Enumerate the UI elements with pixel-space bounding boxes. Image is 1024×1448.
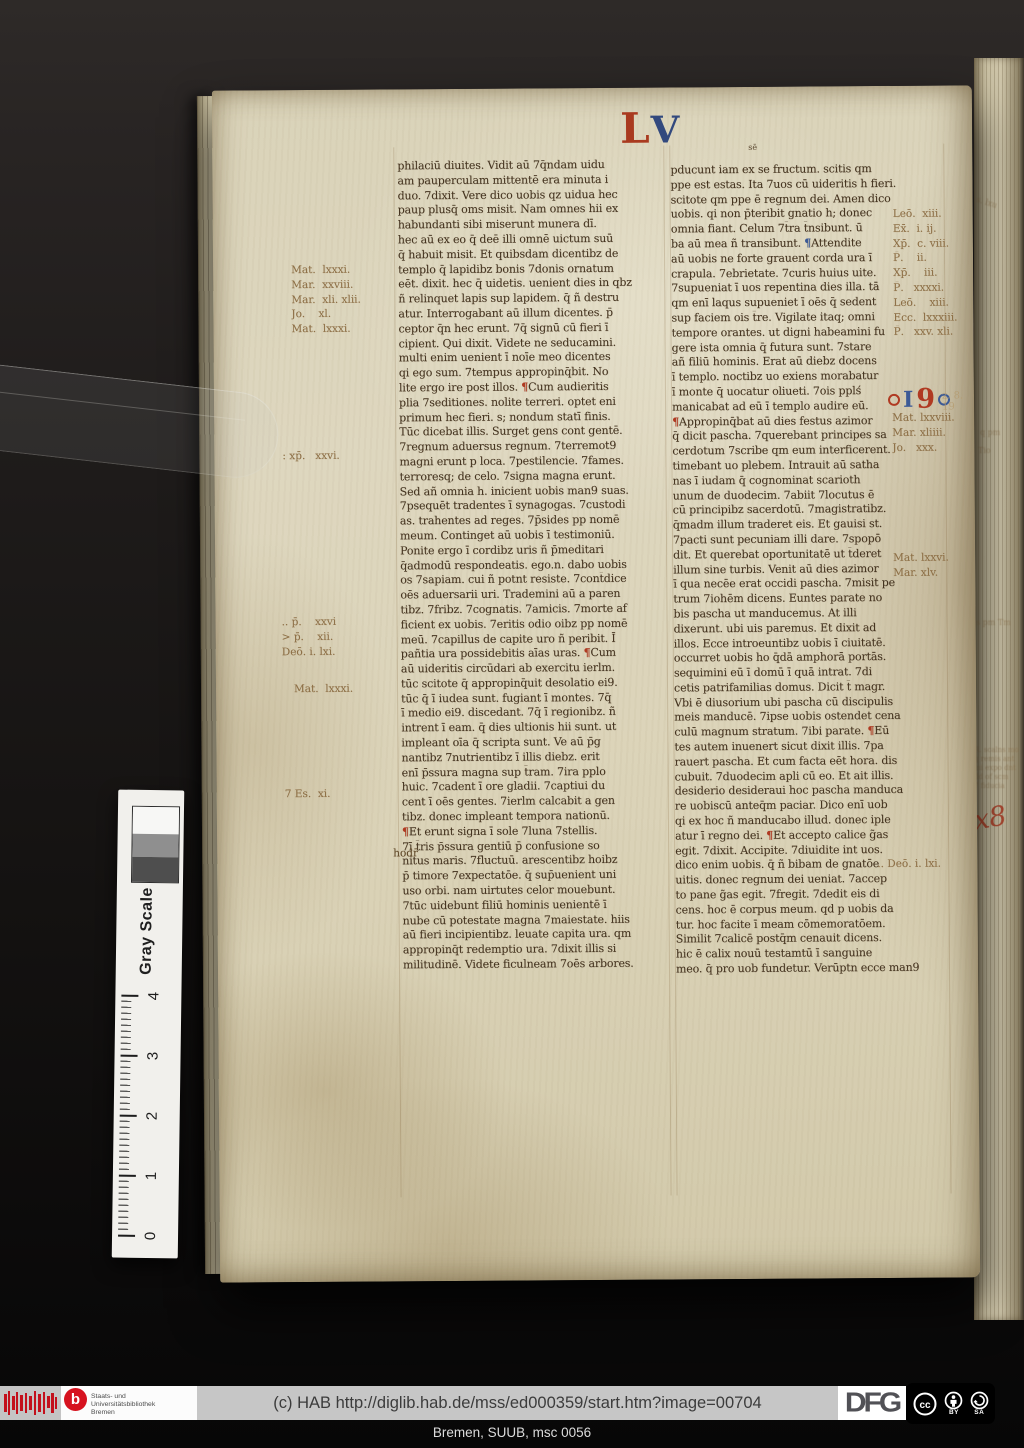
marginal-references: Mat̄. lxxxi. bbox=[294, 683, 353, 698]
ornament-numeral-9: 9 bbox=[916, 386, 935, 413]
ornament-ring bbox=[888, 393, 900, 405]
dfg-logo-text: DFG bbox=[845, 1387, 899, 1419]
faded-pencil-note: z. 8. 19 bbox=[942, 390, 974, 412]
text-line: Mar. xxviii. bbox=[291, 278, 361, 293]
marginal-references: 7 Es. xi. bbox=[285, 788, 331, 803]
text-line: Mar. xliiii. bbox=[892, 426, 955, 441]
text-line: Mat̄. lxxxi. bbox=[291, 323, 361, 338]
marginal-references: Leō. xiii.Ex̄. i. ij.Xp̄. c. viii.P̄. ii… bbox=[893, 207, 958, 341]
marginal-references: Mat̄. lxxvi.Mar. xlv. bbox=[893, 552, 949, 582]
patch-white bbox=[133, 807, 179, 835]
text-line: Mar. xlv. bbox=[893, 566, 949, 581]
library-name-line: Staats- und bbox=[91, 1393, 155, 1401]
text-line: Mat̄. lxxviii. bbox=[892, 411, 955, 426]
cc-sa-label: SA bbox=[974, 1409, 984, 1416]
text-line: Leō. xiii. bbox=[893, 207, 957, 222]
text-line: Xp̄. c. viii. bbox=[893, 237, 957, 252]
cc-icon: cc bbox=[912, 1391, 938, 1417]
text-line: Deō. i. lxi. bbox=[282, 645, 337, 660]
fore-edge-ghost-text: s. lxu bbox=[975, 195, 998, 210]
ruler-tick bbox=[121, 1007, 131, 1009]
grayscale-label: Gray Scale bbox=[137, 871, 161, 991]
ruler-tick bbox=[119, 1175, 136, 1177]
ruler-tick bbox=[121, 1055, 138, 1057]
marginal-references: : xp̄. xxvi. bbox=[282, 450, 339, 465]
patch-midgray bbox=[132, 834, 178, 858]
ruler-tick bbox=[120, 1091, 130, 1093]
fore-edge-ghost-text: R. scalns mo q remis ant mi expo dnt dd … bbox=[974, 746, 1020, 791]
text-line: Mar. xli. xlii. bbox=[291, 293, 361, 308]
text-line: Ecc. lxxxiii. bbox=[893, 311, 957, 326]
text-line: P̄. ii. bbox=[893, 252, 957, 267]
ruler-number: 4 bbox=[145, 986, 165, 1006]
ruler-tick bbox=[119, 1151, 129, 1153]
photo-stage: s. lxu q pm Tio s pm Tm R. scalns mo q r… bbox=[0, 0, 1024, 1448]
ruler-tick bbox=[120, 1067, 130, 1069]
ruler-tick bbox=[121, 1019, 131, 1021]
marginal-gloss: hodr̄ bbox=[393, 847, 418, 862]
ruler-tick bbox=[119, 1157, 129, 1159]
text-line: 7 Es. xi. bbox=[285, 788, 331, 803]
library-name-line: Universitätsbibliothek bbox=[91, 1401, 155, 1409]
ruler-tick bbox=[121, 1001, 131, 1003]
ruler-tick bbox=[121, 1037, 131, 1039]
text-line: Ex̄. i. ij. bbox=[893, 222, 957, 237]
library-name: Staats- und Universitätsbibliothek Breme… bbox=[91, 1393, 155, 1417]
ruler-tick bbox=[120, 1097, 130, 1099]
catchword: sē bbox=[748, 143, 757, 152]
cc-license-badge: cc BY SA bbox=[906, 1383, 995, 1424]
ruler-tick bbox=[118, 1229, 128, 1231]
dfg-logo: DFG bbox=[838, 1386, 906, 1420]
copyright-url-text: (c) HAB http://diglib.hab.de/mss/ed00035… bbox=[273, 1394, 761, 1413]
heading-letter-l: L bbox=[620, 104, 650, 153]
cc-by-icon: BY bbox=[944, 1391, 963, 1416]
ruler-tick bbox=[120, 1085, 130, 1087]
copyright-strip: (c) HAB http://diglib.hab.de/mss/ed00035… bbox=[197, 1386, 838, 1420]
svg-text:cc: cc bbox=[920, 1400, 932, 1411]
ruler-tick bbox=[119, 1133, 129, 1135]
ruler-tick bbox=[118, 1235, 135, 1237]
marginal-references: Mat̄. lxxviii.Mar. xliiii.Jo. xxx. bbox=[892, 411, 955, 456]
ruler-tick bbox=[120, 1079, 130, 1081]
ruler-tick bbox=[119, 1169, 129, 1171]
text-line: Mat̄. lxxvi. bbox=[893, 552, 949, 567]
text-line: P̄. xxxxi. bbox=[893, 281, 957, 296]
marginal-references: .. Deō. i. lxi. bbox=[877, 858, 941, 873]
ruler-tick bbox=[119, 1187, 129, 1189]
ruler-tick bbox=[119, 1163, 129, 1165]
ruler-tick bbox=[119, 1145, 129, 1147]
text-line: militudinē. Videte ficulneam 7oēs arbore… bbox=[403, 956, 677, 973]
text-line: Leō. xiii. bbox=[893, 296, 957, 311]
ruler-tick bbox=[118, 1223, 128, 1225]
ruler-tick bbox=[120, 1121, 130, 1123]
ruler-number: 2 bbox=[144, 1106, 164, 1126]
rubricated-number-ornament: I 9 bbox=[888, 386, 950, 413]
ornament-numeral-1: I bbox=[903, 388, 913, 410]
text-line: Xp̄. iii. bbox=[893, 267, 957, 282]
cm-ruler: 43210 bbox=[118, 995, 175, 1246]
bremen-b-logo: b bbox=[64, 1388, 87, 1411]
text-line: meo. q̄ pro uob fundetur. Verūptn ecce m… bbox=[676, 961, 950, 978]
ruler-number: 1 bbox=[143, 1166, 163, 1186]
suub-bars-icon bbox=[3, 1390, 59, 1416]
grayscale-card: Gray Scale 43210 bbox=[112, 790, 185, 1259]
ruler-tick bbox=[118, 1217, 128, 1219]
manuscript-page: LV sē philaciū diuites. Vidit aū 7q̄ndam… bbox=[212, 85, 980, 1282]
library-identity: b Staats- und Universitätsbibliothek Bre… bbox=[61, 1386, 197, 1420]
cc-sa-icon: SA bbox=[970, 1391, 989, 1416]
ruler-tick bbox=[121, 1025, 131, 1027]
cc-by-label: BY bbox=[949, 1409, 959, 1416]
ruler-number: 3 bbox=[144, 1046, 164, 1066]
text-line: hodr̄ bbox=[393, 847, 418, 862]
marginal-references: .. p̄. xxvi> p̄. xii.Deō. i. lxi. bbox=[282, 616, 337, 661]
ruler-number: 0 bbox=[142, 1226, 162, 1246]
ruler-tick bbox=[121, 1043, 131, 1045]
text-line: P̄. xxv. xli. bbox=[894, 326, 958, 341]
text-line: Jo. xl. bbox=[291, 308, 361, 323]
text-column-left: philaciū diuites. Vidit aū 7q̄ndam uidua… bbox=[397, 157, 677, 973]
ruler-tick bbox=[120, 1127, 130, 1129]
text-line: .. p̄. xxvi bbox=[282, 616, 337, 631]
ruler-tick bbox=[121, 1013, 131, 1015]
ruler-tick bbox=[119, 1181, 129, 1183]
library-name-line: Bremen bbox=[91, 1409, 155, 1417]
ruler-tick bbox=[119, 1193, 129, 1195]
marginal-references: Mat̄. lxxxi.Mar. xxviii.Mar. xli. xlii.J… bbox=[291, 264, 361, 338]
text-line: Mat̄. lxxxi. bbox=[291, 264, 361, 279]
ruler-tick bbox=[121, 1031, 131, 1033]
ruler-tick bbox=[120, 1073, 130, 1075]
ruler-tick bbox=[119, 1139, 129, 1141]
heading-letter-v: V bbox=[651, 107, 680, 151]
shelfmark-caption: Bremen, SUUB, msc 0056 bbox=[0, 1425, 1024, 1440]
ruler-tick bbox=[120, 1109, 130, 1111]
ruler-tick bbox=[121, 995, 138, 997]
ruler-tick bbox=[118, 1211, 128, 1213]
ruler-tick bbox=[118, 1205, 128, 1207]
ruler-tick bbox=[121, 1049, 131, 1051]
fore-edge-ghost-text: Tio bbox=[978, 446, 991, 455]
ruler-tick bbox=[120, 1061, 130, 1063]
fore-edge-ghost-text: q pm bbox=[980, 428, 1000, 437]
text-line: : xp̄. xxvi. bbox=[282, 450, 339, 465]
book-fore-edge: s. lxu q pm Tio s pm Tm R. scalns mo q r… bbox=[974, 58, 1024, 1320]
chapter-number-heading: LV bbox=[620, 107, 680, 149]
ruler-tick bbox=[119, 1199, 129, 1201]
text-line: eēt. dixit. hec q̄ uidetis. uenient dies… bbox=[398, 276, 672, 293]
red-flourish-mark: x8 bbox=[972, 800, 1009, 836]
text-line: .. Deō. i. lxi. bbox=[877, 858, 941, 873]
ruler-tick bbox=[120, 1103, 130, 1105]
suub-bars-logo bbox=[0, 1386, 61, 1420]
ruler-tick bbox=[120, 1115, 137, 1117]
text-line: Mat̄. lxxxi. bbox=[294, 683, 353, 698]
text-line: > p̄. xii. bbox=[282, 631, 337, 646]
text-line: Jo. xxx. bbox=[892, 441, 955, 456]
fore-edge-ghost-text: s pm Tm bbox=[976, 618, 1011, 627]
